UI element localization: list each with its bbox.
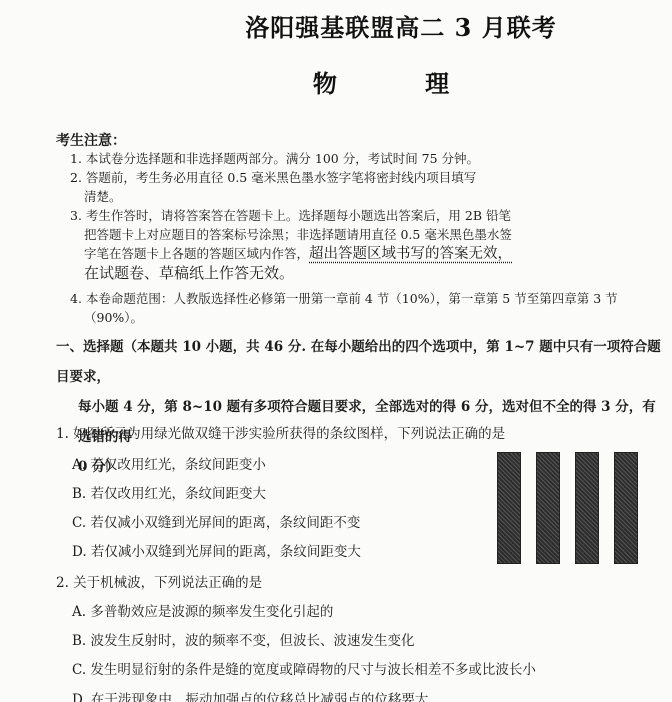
notice-list: 1. 本试卷分选择题和非选择题两部分。满分 100 分，考试时间 75 分钟。 … — [70, 149, 660, 327]
question-1-stem: 1. 如图所示为用绿光做双缝干涉实验所获得的条纹图样，下列说法正确的是 — [56, 422, 505, 442]
q1-option-c: C. 若仅减小双缝到光屏间的距离，条纹间距不变 — [72, 511, 360, 531]
q2-option-d: D. 在干涉现象中，振动加强点的位移总比减弱点的位移要大 — [72, 688, 428, 702]
fringe-band — [614, 452, 638, 564]
notice-item-3: 3. 考生作答时，请将答案答在答题卡上。选择题每小题选出答案后，用 2B 铅笔 … — [70, 206, 660, 283]
q1-option-a: A. 若仅改用红光，条纹间距变小 — [72, 453, 266, 473]
notice-item-1: 1. 本试卷分选择题和非选择题两部分。满分 100 分，考试时间 75 分钟。 — [70, 149, 660, 168]
notice-text: （90%）。 — [70, 308, 660, 327]
q2-option-b: B. 波发生反射时，波的频率不变，但波长、波速发生变化 — [72, 629, 415, 649]
question-2-stem: 2. 关于机械波，下列说法正确的是 — [56, 571, 262, 591]
section-text: 一、选择题（本题共 10 小题，共 46 分. 在每小题给出的四个选项中，第 1… — [56, 339, 661, 385]
exam-page: 洛阳强基联盟高二 3 月联考 物 理 考生注意： 1. 本试卷分选择题和非选择题… — [0, 0, 672, 702]
fringe-band — [536, 452, 560, 564]
notice-text: 把答题卡上对应题目的答案标号涂黑；非选择题请用直径 0.5 毫米黑色墨水签 — [70, 225, 660, 244]
emphasis-text: 超出答题区域书写的答案无效， — [309, 246, 512, 262]
notice-text: 1. 本试卷分选择题和非选择题两部分。满分 100 分，考试时间 75 分钟。 — [70, 151, 479, 166]
q1-option-b: B. 若仅改用红光，条纹间距变大 — [72, 482, 266, 502]
subject-title: 物 理 — [0, 64, 672, 99]
q2-option-a: A. 多普勒效应是波源的频率发生变化引起的 — [72, 600, 333, 620]
notice-heading: 考生注意： — [56, 130, 126, 150]
interference-fringes-figure — [497, 452, 647, 562]
notice-text-line: 字笔在答题卡上各题的答题区域内作答，超出答题区域书写的答案无效， — [70, 244, 660, 264]
fringe-band — [497, 452, 521, 564]
notice-text: 3. 考生作答时，请将答案答在答题卡上。选择题每小题选出答案后，用 2B 铅笔 — [70, 208, 511, 223]
exam-title: 洛阳强基联盟高二 3 月联考 — [0, 8, 672, 43]
notice-item-2: 2. 答题前，考生务必用直径 0.5 毫米黑色墨水签字笔将密封线内项目填写 清楚… — [70, 168, 660, 206]
notice-text: 4. 本卷命题范围：人教版选择性必修第一册第一章前 4 节（10%），第一章第 … — [70, 291, 618, 306]
emphasis-text: 在试题卷、草稿纸上作答无效。 — [70, 264, 660, 283]
q2-option-c: C. 发生明显衍射的条件是缝的宽度或障碍物的尺寸与波长相差不多或比波长小 — [72, 658, 536, 678]
notice-item-4: 4. 本卷命题范围：人教版选择性必修第一册第一章前 4 节（10%），第一章第 … — [70, 289, 660, 327]
notice-text: 2. 答题前，考生务必用直径 0.5 毫米黑色墨水签字笔将密封线内项目填写 — [70, 170, 476, 185]
fringe-band — [575, 452, 599, 564]
q1-option-d: D. 若仅减小双缝到光屏间的距离，条纹间距变大 — [72, 540, 361, 560]
notice-text: 清楚。 — [70, 187, 660, 206]
notice-text: 字笔在答题卡上各题的答题区域内作答， — [84, 246, 309, 261]
